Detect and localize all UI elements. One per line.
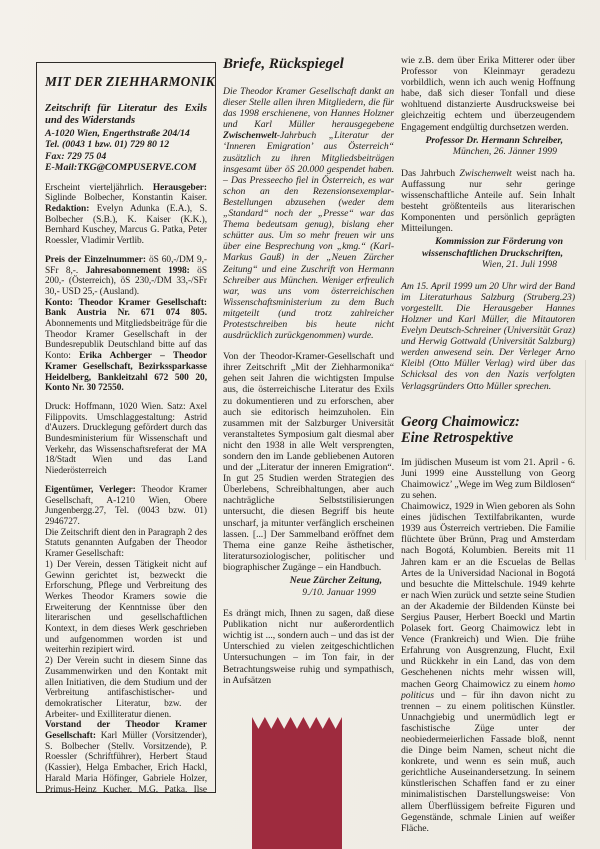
statute-intro: Die Zeitschrift dient den in Paragraph 2… xyxy=(45,528,207,560)
kommission-attribution: Kommission zur Förderung von wissenschaf… xyxy=(401,236,575,271)
ministry-quote-paragraph: Das Jahrbuch Zwischenwelt weist nach ha.… xyxy=(401,168,575,235)
biography-text-post: und – für ihn davon nicht zu trennen – z… xyxy=(401,690,575,834)
scan-artifact-line xyxy=(585,360,586,560)
book-presentation-paragraph: Am 15. April 1999 um 20 Uhr wird der Ban… xyxy=(401,281,575,392)
letter-continuation-paragraph: wie z.B. dem über Erika Mitterer oder üb… xyxy=(401,55,575,133)
impressum-box: MIT DER ZIEHHARMONIKA Zeitschrift für Li… xyxy=(36,62,216,793)
herausgeber-label: Herausgeber: xyxy=(153,183,207,193)
board-paragraph: Vorstand der Theodor Kramer Gesellschaft… xyxy=(45,720,207,793)
thanks-text-pre: Die Theodor Kramer Gesellschaft dankt an… xyxy=(223,86,394,130)
heading-line-1: Georg Chaimowicz: xyxy=(401,414,520,430)
print-paragraph: Druck: Hoffmann, 1020 Wien. Satz: Axel F… xyxy=(45,402,207,477)
publisher-paragraph: Erscheint vierteljährlich. Herausgeber: … xyxy=(45,183,207,247)
bank-paragraph: Konto: Theodor Kramer Gesellschaft: Bank… xyxy=(45,298,207,394)
retrospective-heading: Georg Chaimowicz:Eine Retrospektive xyxy=(401,414,575,447)
subscription-label: Jahresabonnement 1998: xyxy=(86,266,190,276)
letters-heading: Briefe, Rückspiegel xyxy=(223,56,394,73)
schreiber-attribution: Professor Dr. Hermann Schreiber, München… xyxy=(401,135,575,158)
letter-excerpt-paragraph: Es drängt mich, Ihnen zu sagen, daß dies… xyxy=(223,608,394,686)
address-line: A-1020 Wien, Engerthstraße 204/14 xyxy=(45,128,207,140)
zwischenwelt-title: Zwischenwelt xyxy=(460,168,512,179)
statute-point-1: 1) Der Verein, dessen Tätigkeit nicht au… xyxy=(45,560,207,656)
biography-paragraph: Chaimowicz, 1929 in Wien geboren als Soh… xyxy=(401,501,575,834)
attribution-date: 9./10. Januar 1999 xyxy=(223,587,382,599)
biography-text-pre: Chaimowicz, 1929 in Wien geboren als Soh… xyxy=(401,501,575,690)
red-ribbon-decoration xyxy=(252,717,342,849)
right-column: wie z.B. dem über Erika Mitterer oder üb… xyxy=(401,55,575,834)
attribution-date: München, 26. Jänner 1999 xyxy=(401,146,563,158)
attribution-source: Neue Zürcher Zeitung, xyxy=(223,575,382,587)
thanks-text-post: -Jahrbuch „Literatur der ‘Inneren Emigra… xyxy=(223,130,394,341)
price-paragraph: Preis der Einzelnummer: öS 60,-/DM 9,- S… xyxy=(45,255,207,298)
frequency-text: Erscheint vierteljährlich. xyxy=(45,183,153,193)
magazine-title: MIT DER ZIEHHARMONIKA xyxy=(45,74,207,89)
phone-line: Tel. (0043 1 bzw. 01) 729 80 12 xyxy=(45,139,207,151)
address-block: A-1020 Wien, Engerthstraße 204/14 Tel. (… xyxy=(45,128,207,174)
herausgeber-names: Siglinde Bolbecher, Konstantin Kaiser. xyxy=(45,193,207,203)
heading-line-2: Eine Retrospektive xyxy=(401,430,513,446)
email-line: E-Mail:TKG@COMPUSERVE.COM xyxy=(45,162,207,174)
jahrbuch-text-pre: Das Jahrbuch xyxy=(401,168,460,179)
price-label: Preis der Einzelnummer: xyxy=(45,255,146,265)
thanks-paragraph: Die Theodor Kramer Gesellschaft dankt an… xyxy=(223,86,394,341)
konto-bold: Konto: Theodor Kramer Gesellschaft: Bank… xyxy=(45,298,207,319)
magazine-subtitle: Zeitschrift für Literatur des Exils und … xyxy=(45,103,207,128)
magazine-page: MIT DER ZIEHHARMONIKA Zeitschrift für Li… xyxy=(0,0,600,849)
owner-paragraph: Eigentümer, Verleger: Theodor Kramer Ges… xyxy=(45,485,207,528)
attribution-date: Wien, 21. Juli 1998 xyxy=(401,259,563,271)
fax-line: Fax: 729 75 04 xyxy=(45,151,207,163)
nzz-review-paragraph: Von der Theodor-Kramer-Gesellschaft und … xyxy=(223,351,394,573)
attribution-source: Professor Dr. Hermann Schreiber, xyxy=(401,135,563,147)
statute-point-2: 2) Der Verein sucht in diesem Sinne das … xyxy=(45,656,207,720)
nzz-attribution: Neue Zürcher Zeitung, 9./10. Januar 1999 xyxy=(223,575,394,598)
zwischenwelt-title: Zwischenwelt xyxy=(223,130,277,141)
redaktion-label: Redaktion: xyxy=(45,204,89,214)
attribution-source: Kommission zur Förderung von wissenschaf… xyxy=(401,236,563,259)
exhibition-paragraph: Im jüdischen Museum ist vom 21. April - … xyxy=(401,457,575,501)
owner-label: Eigentümer, Verleger: xyxy=(45,485,136,495)
letters-column: Briefe, Rückspiegel Die Theodor Kramer G… xyxy=(223,56,394,696)
